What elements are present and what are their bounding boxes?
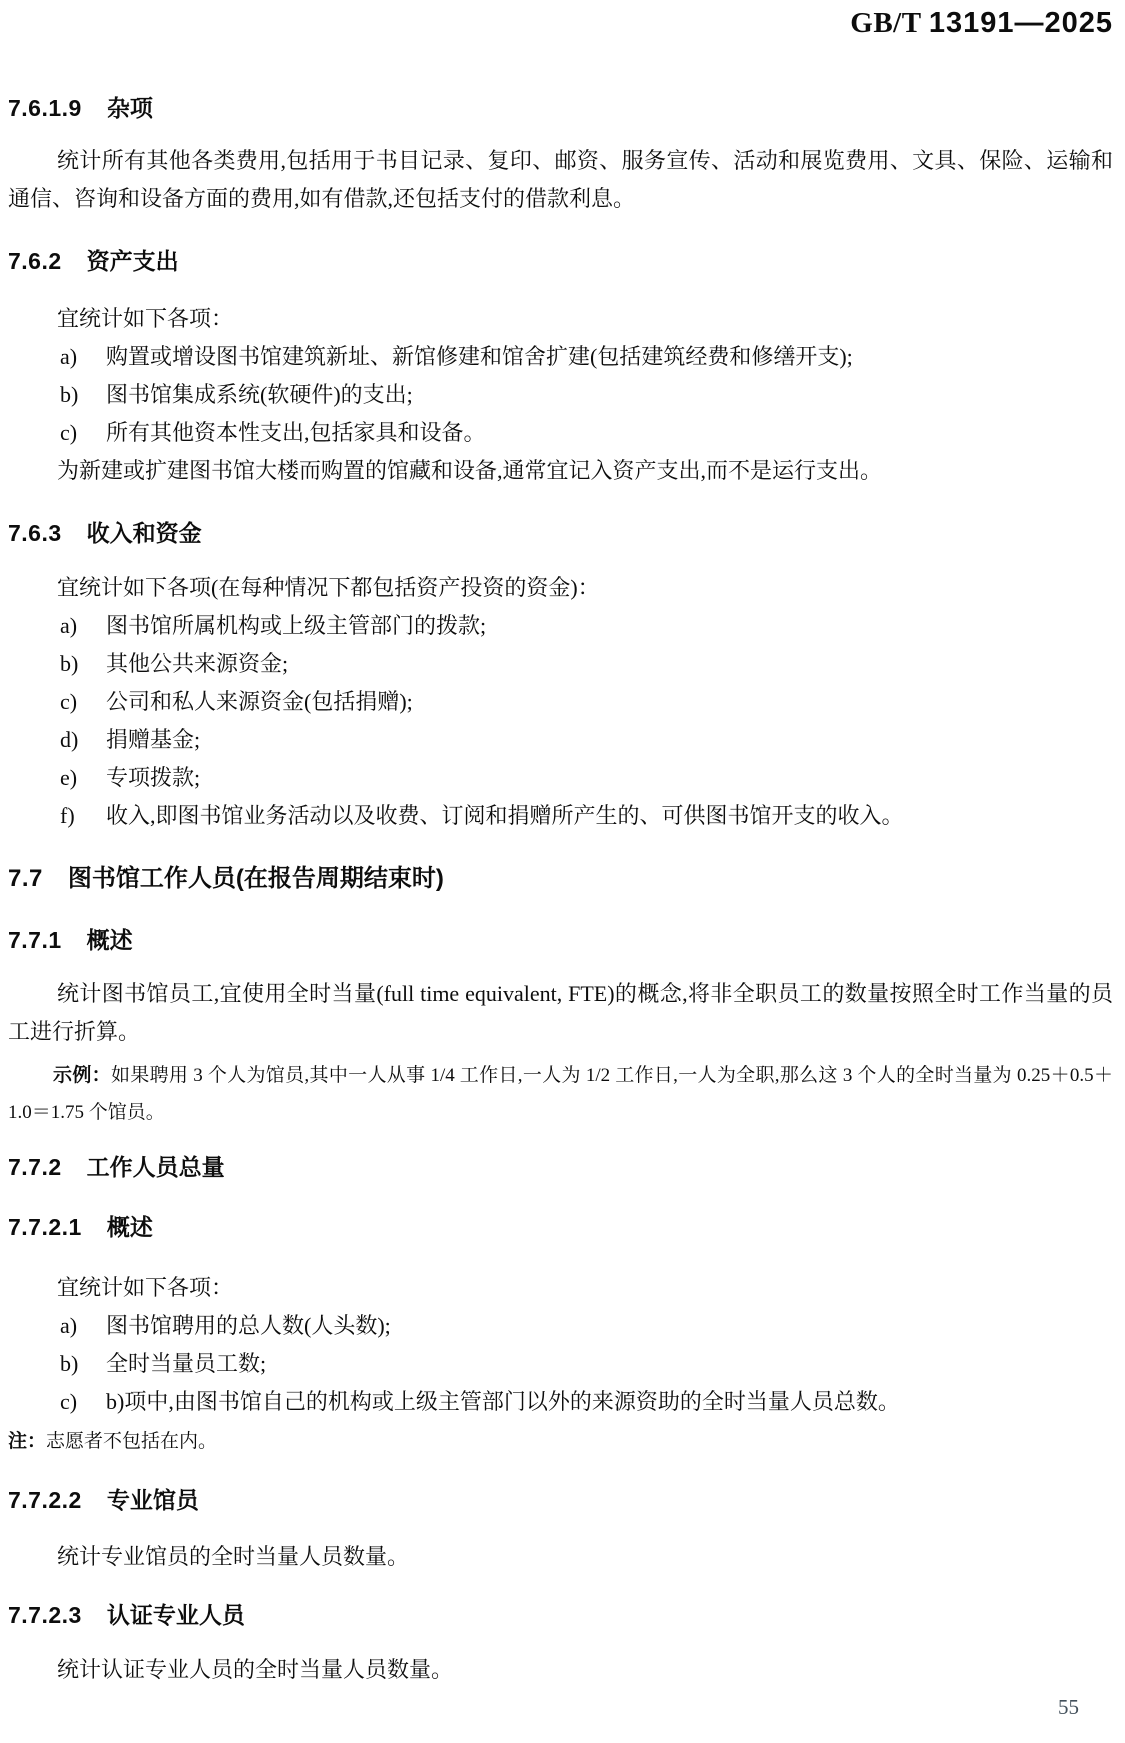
list-item-marker: b)	[60, 1345, 106, 1383]
list-item-marker: a)	[60, 1307, 106, 1345]
example-note: 示例：如果聘用 3 个人为馆员,其中一人从事 1/4 工作日,一人为 1/2 工…	[8, 1057, 1113, 1131]
list-item-text: 公司和私人来源资金(包括捐赠);	[106, 683, 1113, 721]
paragraph: 为新建或扩建图书馆大楼而购置的馆藏和设备,通常宜记入资产支出,而不是运行支出。	[8, 452, 1113, 490]
section-number: 7.6.3	[8, 520, 62, 546]
paragraph: 统计专业馆员的全时当量人员数量。	[8, 1538, 1113, 1576]
list-item: a)购置或增设图书馆建筑新址、新馆修建和馆舍扩建(包括建筑经费和修缮开支);	[60, 338, 1113, 376]
list-item-marker: c)	[60, 1383, 106, 1421]
section-title: 概述	[87, 927, 133, 953]
list-item-text: 捐赠基金;	[106, 721, 1113, 759]
list-item: c)所有其他资本性支出,包括家具和设备。	[60, 414, 1113, 452]
list-item-text: 图书馆集成系统(软硬件)的支出;	[106, 376, 1113, 414]
section-title: 认证专业人员	[107, 1602, 245, 1628]
list-item-marker: a)	[60, 607, 106, 645]
section-title: 工作人员总量	[87, 1154, 225, 1180]
section-heading-7-6-1-9: 7.6.1.9杂项	[8, 93, 1113, 123]
section-title: 图书馆工作人员(在报告周期结束时)	[68, 865, 444, 892]
list-item: b)其他公共来源资金;	[60, 645, 1113, 683]
section-title: 收入和资金	[87, 520, 202, 546]
list-item-text: 所有其他资本性支出,包括家具和设备。	[106, 414, 1113, 452]
list-item: a)图书馆所属机构或上级主管部门的拨款;	[60, 607, 1113, 645]
list-item-text: 购置或增设图书馆建筑新址、新馆修建和馆舍扩建(包括建筑经费和修缮开支);	[106, 338, 1113, 376]
section-number: 7.7.2.3	[8, 1602, 82, 1628]
section-title: 资产支出	[87, 248, 179, 274]
doc-code-prefix: GB/T	[850, 7, 921, 39]
section-heading-7-7-2-1: 7.7.2.1概述	[8, 1212, 1113, 1242]
list-item-text: 图书馆所属机构或上级主管部门的拨款;	[106, 607, 1113, 645]
list-item: e)专项拨款;	[60, 759, 1113, 797]
section-number: 7.7	[8, 865, 43, 892]
section-number: 7.6.2	[8, 248, 62, 274]
list-item: b)图书馆集成系统(软硬件)的支出;	[60, 376, 1113, 414]
section-title: 专业馆员	[107, 1487, 199, 1513]
doc-code-number: 13191—2025	[929, 7, 1113, 39]
list-item-text: 其他公共来源资金;	[106, 645, 1113, 683]
list-item: c)b)项中,由图书馆自己的机构或上级主管部门以外的来源资助的全时当量人员总数。	[60, 1383, 1113, 1421]
section-heading-7-7-1: 7.7.1概述	[8, 925, 1113, 955]
list-item-text: 全时当量员工数;	[106, 1345, 1113, 1383]
list-item-marker: c)	[60, 683, 106, 721]
paragraph: 宜统计如下各项：	[8, 1269, 1113, 1307]
list-item-marker: b)	[60, 376, 106, 414]
section-heading-7-7-2-2: 7.7.2.2专业馆员	[8, 1485, 1113, 1515]
note-text: 志愿者不包括在内。	[46, 1431, 217, 1452]
list-item: c)公司和私人来源资金(包括捐赠);	[60, 683, 1113, 721]
list-item-text: 收入,即图书馆业务活动以及收费、订阅和捐赠所产生的、可供图书馆开支的收入。	[106, 797, 1113, 835]
section-title: 概述	[107, 1214, 153, 1240]
list-item: d)捐赠基金;	[60, 721, 1113, 759]
list-item-marker: b)	[60, 645, 106, 683]
list-item: a)图书馆聘用的总人数(人头数);	[60, 1307, 1113, 1345]
example-text: 如果聘用 3 个人为馆员,其中一人从事 1/4 工作日,一人为 1/2 工作日,…	[8, 1065, 1113, 1123]
list-item: b)全时当量员工数;	[60, 1345, 1113, 1383]
paragraph: 宜统计如下各项：	[8, 300, 1113, 338]
section-number: 7.6.1.9	[8, 95, 82, 121]
section-heading-7-7-2: 7.7.2工作人员总量	[8, 1152, 1113, 1182]
list-item-text: b)项中,由图书馆自己的机构或上级主管部门以外的来源资助的全时当量人员总数。	[106, 1383, 1113, 1421]
section-heading-7-7-2-3: 7.7.2.3认证专业人员	[8, 1600, 1113, 1630]
doc-code: GB/T 13191—2025	[8, 6, 1113, 40]
list-item-marker: e)	[60, 759, 106, 797]
list-item-text: 专项拨款;	[106, 759, 1113, 797]
note-label: 注：	[8, 1431, 46, 1452]
section-heading-7-7: 7.7图书馆工作人员(在报告周期结束时)	[8, 863, 1113, 895]
note: 注：志愿者不包括在内。	[8, 1425, 1113, 1459]
section-number: 7.7.1	[8, 927, 62, 953]
page-number: 55	[1058, 1695, 1079, 1720]
list-item-marker: f)	[60, 797, 106, 835]
paragraph: 统计认证专业人员的全时当量人员数量。	[8, 1651, 1113, 1689]
list-item-marker: a)	[60, 338, 106, 376]
list-item: f)收入,即图书馆业务活动以及收费、订阅和捐赠所产生的、可供图书馆开支的收入。	[60, 797, 1113, 835]
section-number: 7.7.2	[8, 1154, 62, 1180]
list-item-marker: c)	[60, 414, 106, 452]
section-number: 7.7.2.1	[8, 1214, 82, 1240]
example-label: 示例：	[53, 1065, 111, 1086]
section-heading-7-6-2: 7.6.2资产支出	[8, 246, 1113, 276]
list-item-marker: d)	[60, 721, 106, 759]
document-page: GB/T 13191—2025 7.6.1.9杂项 统计所有其他各类费用,包括用…	[0, 0, 1125, 1743]
section-heading-7-6-3: 7.6.3收入和资金	[8, 518, 1113, 548]
section-number: 7.7.2.2	[8, 1487, 82, 1513]
paragraph: 统计所有其他各类费用,包括用于书目记录、复印、邮资、服务宣传、活动和展览费用、文…	[8, 142, 1113, 218]
section-title: 杂项	[107, 95, 153, 121]
paragraph: 宜统计如下各项(在每种情况下都包括资产投资的资金)：	[8, 569, 1113, 607]
paragraph: 统计图书馆员工,宜使用全时当量(full time equivalent, FT…	[8, 975, 1113, 1051]
list-item-text: 图书馆聘用的总人数(人头数);	[106, 1307, 1113, 1345]
